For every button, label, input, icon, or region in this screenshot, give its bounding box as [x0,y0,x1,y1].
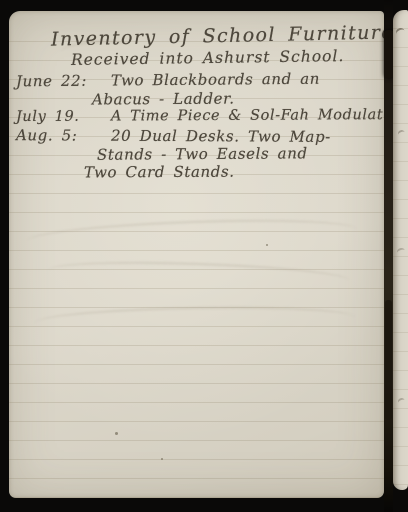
gutter-shadow-mark [385,300,392,420]
ink-fragment [397,397,406,406]
entry-text: A Time Piece & Sol-Fah Modulator. [111,107,384,125]
photo-background: Inventory of School Furniture Received i… [0,0,408,512]
entry-text: Two Blackboards and an [111,70,320,90]
entry-text: Two Card Stands. [84,163,235,182]
ink-fragment [396,247,406,256]
entry-text: Abacus - Ladder. [92,90,235,109]
entry-text: Stands - Two Easels and [97,144,308,163]
ink-fragment [397,129,406,138]
ink-fragment [395,27,407,39]
entry-line-continuation: Abacus - Ladder. [92,90,235,109]
entry-line-continuation: Two Card Stands. [84,163,235,182]
entry-line-continuation: Stands - Two Easels and [97,144,308,163]
page-title: Inventory of School Furniture [51,21,384,50]
entry-line-aug-5: Aug. 5:20 Dual Desks. Two Map- [16,126,331,146]
entry-date: Aug. 5: [16,126,111,144]
page-subtitle: Received into Ashurst School. [71,47,345,69]
entry-date: July 19. [16,109,111,125]
notebook-page: Inventory of School Furniture Received i… [9,11,384,498]
adjacent-page-edge [393,10,408,490]
entry-date: June 22: [16,71,111,90]
entry-text: 20 Dual Desks. Two Map- [111,127,331,146]
entry-line-june-22: June 22:Two Blackboards and an [16,70,320,91]
handwriting-layer: Inventory of School Furniture Received i… [9,11,384,498]
entry-line-july-19: July 19.A Time Piece & Sol-Fah Modulator… [16,107,384,125]
